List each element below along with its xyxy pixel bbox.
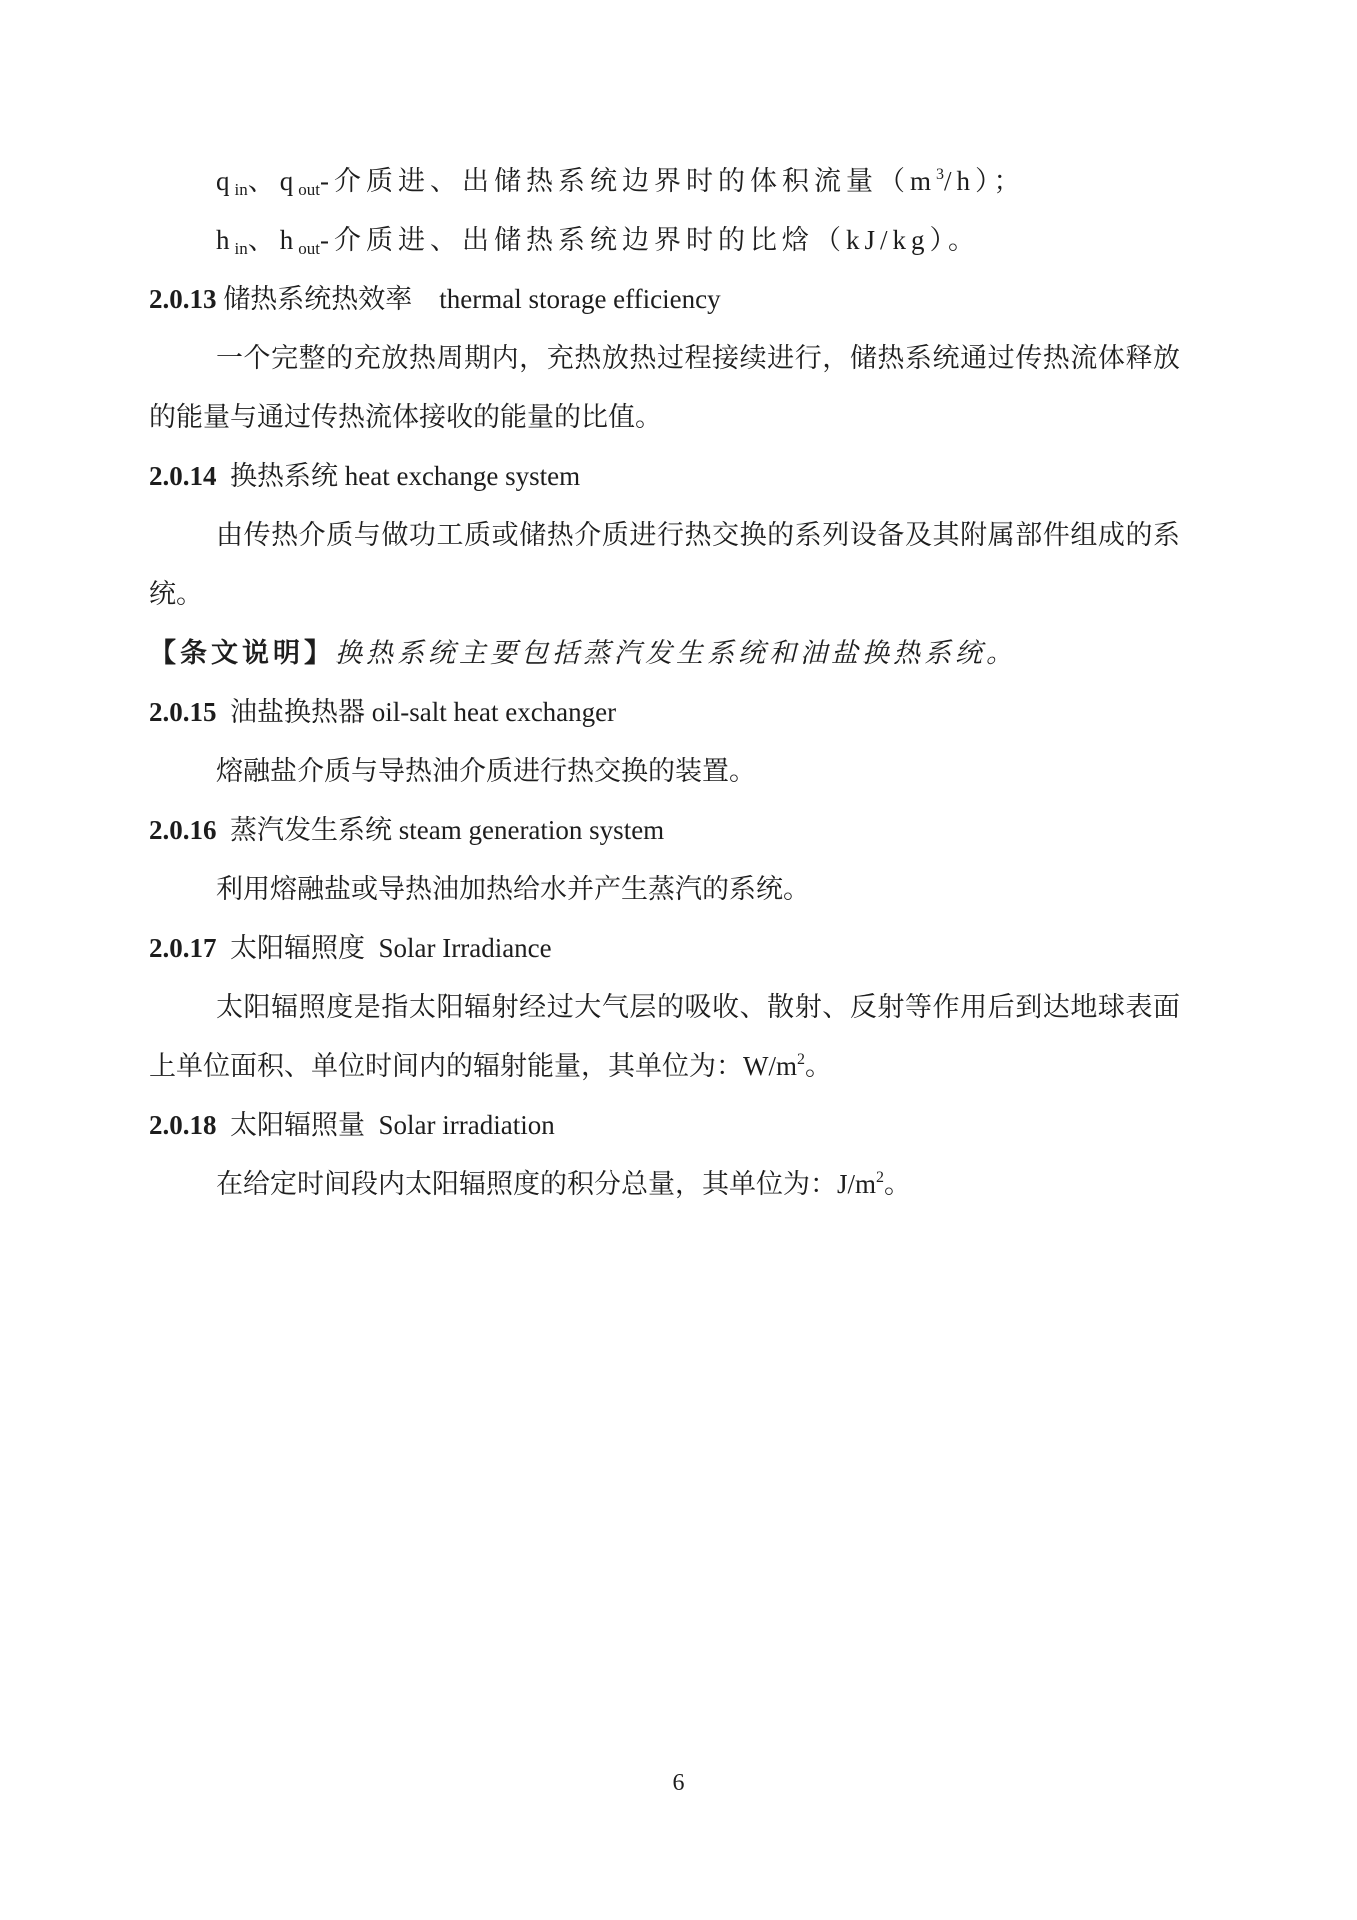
- term-title: 太阳辐照度 Solar Irradiance: [217, 933, 552, 963]
- definition-line: 的能量与通过传热流体接收的能量的比值。: [149, 388, 1180, 447]
- term-title: 油盐换热器 oil-salt heat exchanger: [217, 697, 617, 727]
- term-title: 太阳辐照量 Solar irradiation: [217, 1110, 555, 1140]
- clause-number: 2.0.17: [149, 933, 217, 963]
- definition-line: 在给定时间段内太阳辐照度的积分总量，其单位为：J/m2。: [149, 1155, 1180, 1214]
- definition-line: 太阳辐照度是指太阳辐射经过大气层的吸收、散射、反射等作用后到达地球表面: [149, 978, 1180, 1037]
- clause-number: 2.0.18: [149, 1110, 217, 1140]
- clause-number: 2.0.14: [149, 461, 217, 491]
- symbol-h-in: h: [216, 225, 235, 255]
- term-heading-2-0-15: 2.0.15 油盐换热器 oil-salt heat exchanger: [149, 683, 1180, 742]
- clause-number: 2.0.15: [149, 697, 217, 727]
- term-heading-2-0-16: 2.0.16 蒸汽发生系统 steam generation system: [149, 801, 1180, 860]
- clause-number: 2.0.13: [149, 284, 217, 314]
- symbol-h-out-subscript: out: [298, 239, 320, 258]
- term-heading-2-0-17: 2.0.17 太阳辐照度 Solar Irradiance: [149, 919, 1180, 978]
- definition-line: 利用熔融盐或导热油加热给水并产生蒸汽的系统。: [149, 860, 1180, 919]
- symbol-h-out: h: [280, 225, 299, 255]
- definition-text: 在给定时间段内太阳辐照度的积分总量，其单位为：J/m: [216, 1169, 876, 1199]
- unit-exponent: 2: [876, 1169, 884, 1186]
- note-label: 【条文说明】: [149, 638, 335, 668]
- definition-line: 上单位面积、单位时间内的辐射能量，其单位为：W/m2。: [149, 1037, 1180, 1096]
- definition-line: 由传热介质与做功工质或储热介质进行热交换的系列设备及其附属部件组成的系: [149, 506, 1180, 565]
- page-number: 6: [0, 1768, 1357, 1798]
- clause-explanation-note: 【条文说明】换热系统主要包括蒸汽发生系统和油盐换热系统。: [149, 624, 1180, 683]
- symbol-definition-h: hin、hout-介质进、出储热系统边界时的比焓（kJ/kg）。: [149, 211, 1180, 270]
- symbol-definition-q: qin、qout-介质进、出储热系统边界时的体积流量（m3/h）；: [149, 152, 1180, 211]
- definition-line: 一个完整的充放热周期内，充热放热过程接续进行，储热系统通过传热流体释放: [149, 329, 1180, 388]
- note-text: 换热系统主要包括蒸汽发生系统和油盐换热系统。: [335, 638, 1017, 668]
- symbol-h-in-subscript: in: [235, 239, 248, 258]
- document-page: qin、qout-介质进、出储热系统边界时的体积流量（m3/h）； hin、ho…: [0, 0, 1357, 1920]
- symbol-separator: 、: [248, 225, 280, 255]
- term-title: 蒸汽发生系统 steam generation system: [217, 815, 665, 845]
- term-heading-2-0-13: 2.0.13 储热系统热效率 thermal storage efficienc…: [149, 270, 1180, 329]
- symbol-q-description: -介质进、出储热系统边界时的体积流量（m: [320, 166, 936, 196]
- definition-line: 熔融盐介质与导热油介质进行热交换的装置。: [149, 742, 1180, 801]
- document-body: qin、qout-介质进、出储热系统边界时的体积流量（m3/h）； hin、ho…: [149, 152, 1180, 1214]
- clause-number: 2.0.16: [149, 815, 217, 845]
- term-title: 储热系统热效率 thermal storage efficiency: [217, 284, 721, 314]
- symbol-h-description: -介质进、出储热系统边界时的比焓（kJ/kg）。: [320, 225, 980, 255]
- term-heading-2-0-18: 2.0.18 太阳辐照量 Solar irradiation: [149, 1096, 1180, 1155]
- definition-text-tail: 。: [805, 1051, 832, 1081]
- symbol-q-out: q: [280, 166, 299, 196]
- term-title: 换热系统 heat exchange system: [217, 461, 581, 491]
- definition-text-tail: 。: [884, 1169, 911, 1199]
- definition-line: 统。: [149, 565, 1180, 624]
- symbol-q-in: q: [216, 166, 235, 196]
- symbol-q-unit-tail: /h）；: [944, 166, 1026, 196]
- symbol-q-out-subscript: out: [298, 180, 320, 199]
- definition-text: 上单位面积、单位时间内的辐射能量，其单位为：W/m: [149, 1051, 797, 1081]
- unit-exponent: 2: [797, 1051, 805, 1068]
- symbol-separator: 、: [248, 166, 280, 196]
- symbol-q-in-subscript: in: [235, 180, 248, 199]
- unit-exponent: 3: [936, 166, 944, 183]
- term-heading-2-0-14: 2.0.14 换热系统 heat exchange system: [149, 447, 1180, 506]
